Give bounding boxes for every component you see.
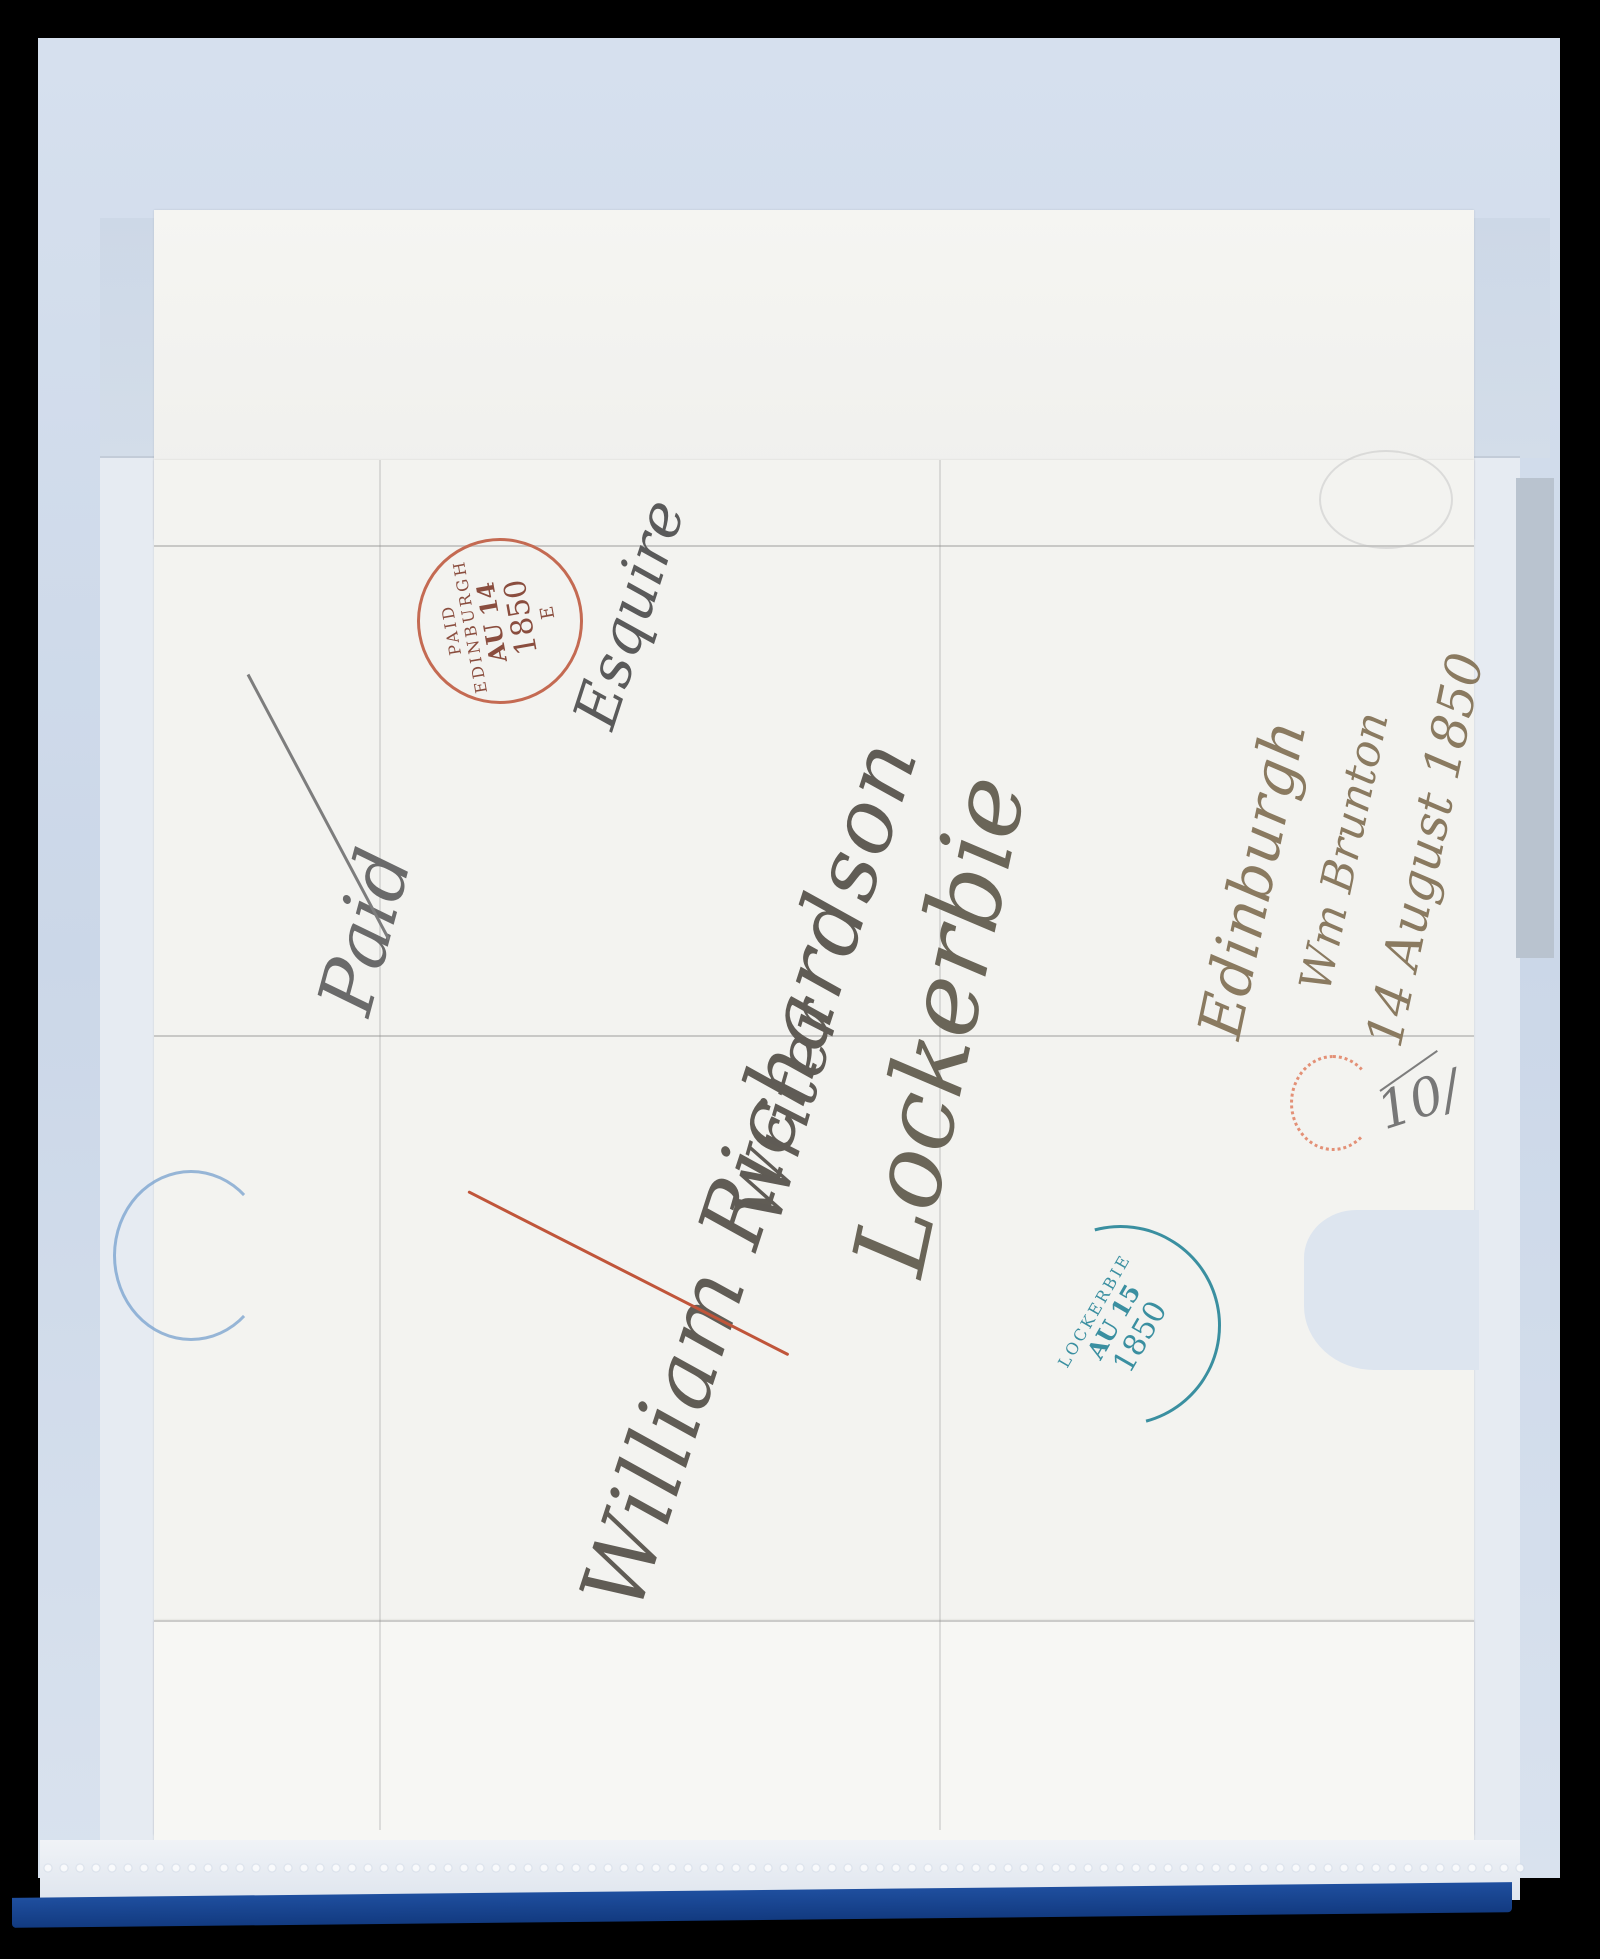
- fold-line-bottom: [154, 1620, 1474, 1622]
- sleeve-edge-strip: [1516, 478, 1554, 958]
- fold-line-left: [379, 460, 381, 1830]
- sleeve-perforations: [40, 1860, 1530, 1876]
- postmark-code: E: [536, 604, 559, 621]
- torn-seal-notch: [1304, 1210, 1479, 1370]
- letter-bottom-flap: [154, 1620, 1474, 1860]
- partial-red-seal-trace: [1290, 1055, 1376, 1151]
- fold-line-top: [154, 545, 1474, 547]
- partial-blue-postmark: [113, 1170, 269, 1341]
- seal-impression: [1319, 450, 1453, 549]
